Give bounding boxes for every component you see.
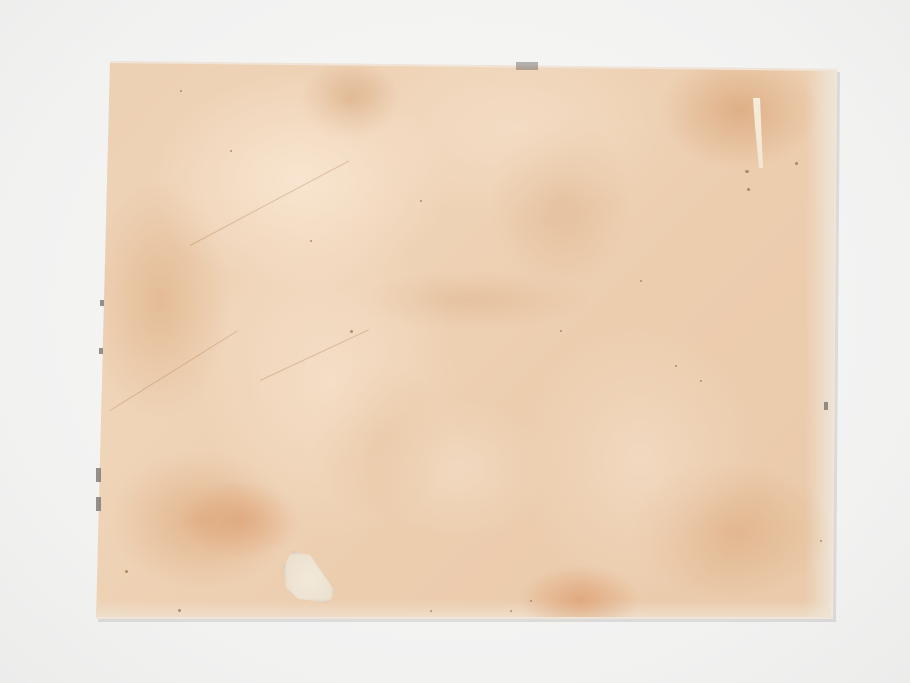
speck (530, 600, 532, 602)
speck (420, 200, 422, 202)
speck (640, 280, 642, 282)
speck (310, 240, 312, 242)
speck (560, 330, 562, 332)
speck (745, 170, 749, 173)
edge-mark (824, 402, 828, 410)
speck (180, 90, 182, 92)
speck (430, 610, 432, 612)
speck (350, 330, 353, 333)
edge-mark (96, 468, 101, 482)
aged-paper-sheet (0, 0, 910, 683)
speck (795, 162, 798, 165)
speck (178, 609, 181, 612)
edge-mark (100, 300, 104, 306)
speck (510, 610, 512, 612)
speck (700, 380, 702, 382)
speck (230, 150, 232, 152)
speck (675, 365, 677, 367)
edge-mark (99, 348, 103, 354)
edge-mark (516, 62, 538, 70)
edge-mark (96, 497, 101, 511)
speck (125, 570, 128, 573)
speck (820, 540, 822, 542)
speck (747, 188, 750, 191)
